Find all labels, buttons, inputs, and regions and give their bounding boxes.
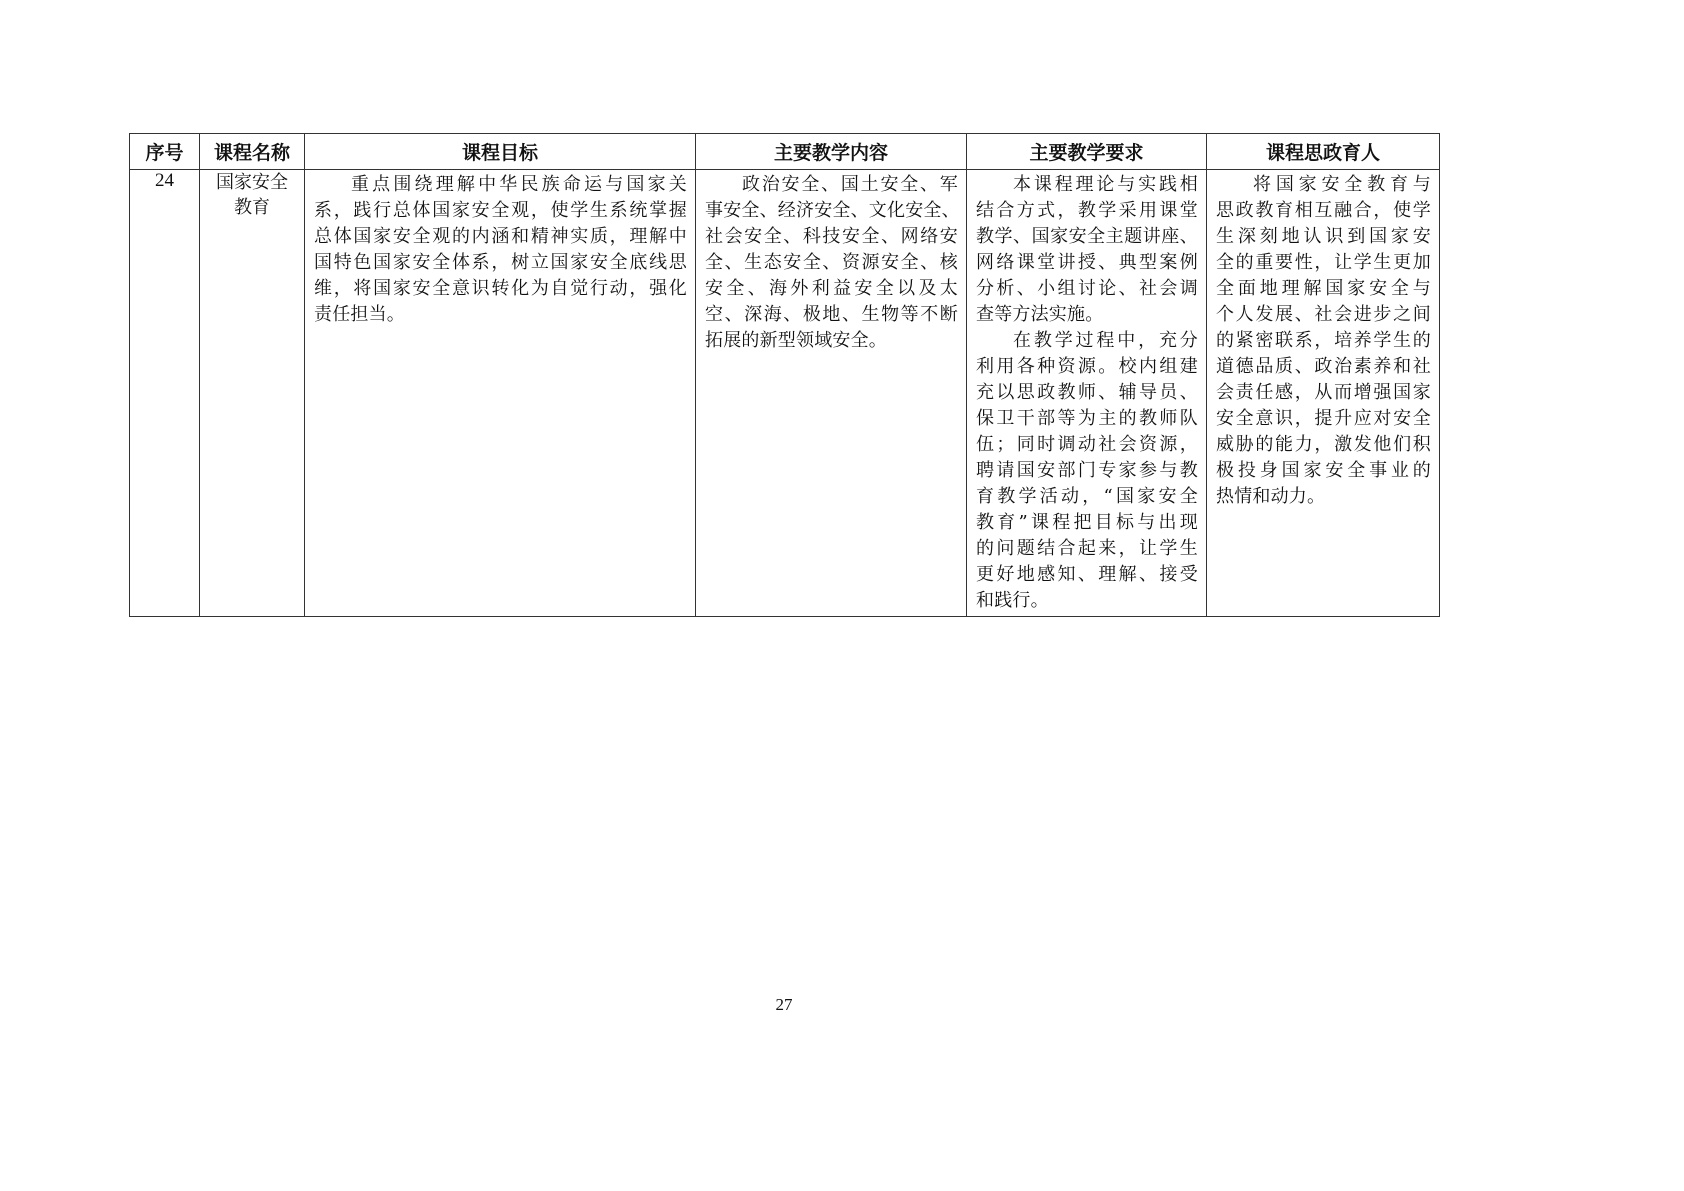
- text-line: 保卫干部等为主的教师队: [976, 406, 1198, 432]
- text-line: 个人发展、社会进步之间: [1216, 302, 1431, 328]
- table-header-row: 序号 课程名称 课程目标 主要教学内容 主要教学要求 课程思政育人: [130, 134, 1440, 170]
- text-line: 查等方法实施。: [976, 302, 1198, 328]
- text-line: 总体国家安全观的内涵和精神实质，理解中: [314, 224, 687, 250]
- course-name-line: 国家安全: [200, 170, 304, 195]
- text-line: 全面地理解国家安全与: [1216, 276, 1431, 302]
- header-objectives: 课程目标: [305, 134, 696, 170]
- row-ideology: 将国家安全教育与思政教育相互融合，使学生深刻地认识到国家安全的重要性，让学生更加…: [1207, 170, 1440, 617]
- text-line: 全的重要性，让学生更加: [1216, 250, 1431, 276]
- header-content: 主要教学内容: [696, 134, 967, 170]
- header-course-name: 课程名称: [200, 134, 305, 170]
- requirements-text: 本课程理论与实践相结合方式，教学采用课堂教学、国家安全主题讲座、网络课堂讲授、典…: [967, 170, 1206, 616]
- text-line: 系，践行总体国家安全观，使学生系统掌握: [314, 198, 687, 224]
- page-number: 27: [0, 995, 1568, 1015]
- text-line: 将国家安全教育与: [1216, 172, 1431, 198]
- objectives-text: 重点围绕理解中华民族命运与国家关系，践行总体国家安全观，使学生系统掌握总体国家安…: [305, 170, 695, 330]
- text-line: 威胁的能力，激发他们积: [1216, 432, 1431, 458]
- text-line: 安全意识，提升应对安全: [1216, 406, 1431, 432]
- text-line: 和践行。: [976, 588, 1198, 614]
- text-line: 全、生态安全、资源安全、核: [705, 250, 958, 276]
- text-line: 伍；同时调动社会资源，: [976, 432, 1198, 458]
- text-line: 空、深海、极地、生物等不断: [705, 302, 958, 328]
- text-line: 生深刻地认识到国家安: [1216, 224, 1431, 250]
- row-course-name: 国家安全 教育: [200, 170, 305, 617]
- text-line: 更好地感知、理解、接受: [976, 562, 1198, 588]
- row-index: 24: [130, 170, 200, 617]
- text-line: 聘请国安部门专家参与教: [976, 458, 1198, 484]
- row-objectives: 重点围绕理解中华民族命运与国家关系，践行总体国家安全观，使学生系统掌握总体国家安…: [305, 170, 696, 617]
- text-line: 拓展的新型领域安全。: [705, 328, 958, 354]
- text-line: 社会安全、科技安全、网络安: [705, 224, 958, 250]
- header-ideology: 课程思政育人: [1207, 134, 1440, 170]
- document-page: 序号 课程名称 课程目标 主要教学内容 主要教学要求 课程思政育人 24 国家安…: [0, 0, 1684, 1191]
- text-line: 极投身国家安全事业的: [1216, 458, 1431, 484]
- text-line: 的紧密联系，培养学生的: [1216, 328, 1431, 354]
- text-line: 责任担当。: [314, 302, 687, 328]
- text-line: 事安全、经济安全、文化安全、: [705, 198, 958, 224]
- text-line: 育教学活动，“国家安全: [976, 484, 1198, 510]
- text-line: 政治安全、国土安全、军: [705, 172, 958, 198]
- header-index: 序号: [130, 134, 200, 170]
- text-line: 的问题结合起来，让学生: [976, 536, 1198, 562]
- text-line: 维，将国家安全意识转化为自觉行动，强化: [314, 276, 687, 302]
- text-line: 分析、小组讨论、社会调: [976, 276, 1198, 302]
- text-line: 热情和动力。: [1216, 484, 1431, 510]
- text-line: 会责任感，从而增强国家: [1216, 380, 1431, 406]
- header-requirements: 主要教学要求: [967, 134, 1207, 170]
- text-line: 教学、国家安全主题讲座、: [976, 224, 1198, 250]
- content-text: 政治安全、国土安全、军事安全、经济安全、文化安全、社会安全、科技安全、网络安全、…: [696, 170, 966, 356]
- row-content: 政治安全、国土安全、军事安全、经济安全、文化安全、社会安全、科技安全、网络安全、…: [696, 170, 967, 617]
- text-line: 利用各种资源。校内组建: [976, 354, 1198, 380]
- text-line: 结合方式，教学采用课堂: [976, 198, 1198, 224]
- text-line: 教育”课程把目标与出现: [976, 510, 1198, 536]
- curriculum-table: 序号 课程名称 课程目标 主要教学内容 主要教学要求 课程思政育人 24 国家安…: [129, 133, 1440, 617]
- text-line: 国特色国家安全体系，树立国家安全底线思: [314, 250, 687, 276]
- text-line: 充以思政教师、辅导员、: [976, 380, 1198, 406]
- text-line: 在教学过程中，充分: [976, 328, 1198, 354]
- text-line: 重点围绕理解中华民族命运与国家关: [314, 172, 687, 198]
- ideology-text: 将国家安全教育与思政教育相互融合，使学生深刻地认识到国家安全的重要性，让学生更加…: [1207, 170, 1439, 512]
- text-line: 本课程理论与实践相: [976, 172, 1198, 198]
- course-name-line: 教育: [200, 195, 304, 220]
- row-requirements: 本课程理论与实践相结合方式，教学采用课堂教学、国家安全主题讲座、网络课堂讲授、典…: [967, 170, 1207, 617]
- text-line: 网络课堂讲授、典型案例: [976, 250, 1198, 276]
- text-line: 安全、海外利益安全以及太: [705, 276, 958, 302]
- table-row: 24 国家安全 教育 重点围绕理解中华民族命运与国家关系，践行总体国家安全观，使…: [130, 170, 1440, 617]
- text-line: 思政教育相互融合，使学: [1216, 198, 1431, 224]
- text-line: 道德品质、政治素养和社: [1216, 354, 1431, 380]
